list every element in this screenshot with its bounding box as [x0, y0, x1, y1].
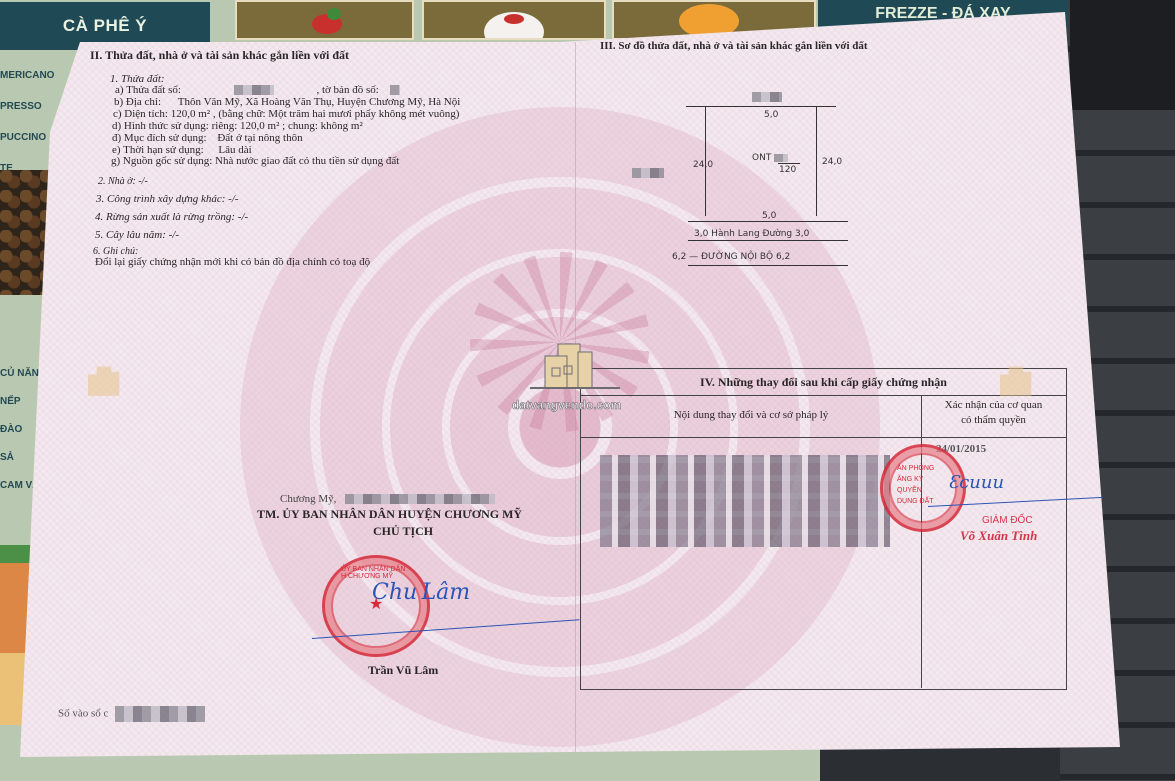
perennial-trees-item: 5. Cây lâu năm: -/-	[95, 229, 179, 241]
col-confirmation-line2: có thẩm quyền	[921, 414, 1066, 426]
note-text: Đổi lại giấy chứng nhận mới khi có bản đ…	[95, 256, 370, 268]
origin-label: g) Nguồn gốc sử dụng:	[111, 155, 212, 167]
address-line: b) Địa chỉ: Thôn Văn Mỹ, Xã Hoàng Văn Th…	[114, 96, 460, 108]
plot-top-dimension: 5,0	[764, 110, 778, 120]
parcel-number-label: a) Thửa đất số:	[115, 84, 181, 96]
menu-item: MERICANO	[0, 60, 60, 91]
purpose-label: đ) Mục đích sử dụng:	[112, 132, 207, 144]
plot-left-dimension: 24,0	[693, 160, 713, 170]
other-construction-item: 3. Công trình xây dựng khác: -/-	[96, 193, 239, 205]
area-line: c) Diện tích: 120,0 m² , (bằng chữ: Một …	[113, 108, 459, 120]
road-line	[688, 265, 848, 266]
plot-area: 120	[779, 165, 796, 175]
plot-bottom-border	[688, 221, 848, 222]
origin-value: Nhà nước giao đất có thu tiền sử dụng đấ…	[215, 155, 399, 167]
area-label: c) Diện tích:	[113, 108, 168, 120]
place-label: Chương Mỹ,	[280, 493, 336, 505]
redacted-change-content	[600, 455, 890, 547]
stamp-line: DỤNG ĐẤT	[897, 498, 934, 505]
map-sheet-label: , tờ bản đồ số:	[316, 84, 378, 96]
usage-form-value: riêng: 120,0 m² ; chung: không m²	[212, 120, 363, 132]
fraction-line	[778, 163, 800, 164]
section-2-title: II. Thửa đất, nhà ở và tài sản khác gắn …	[90, 48, 349, 63]
redacted-value	[390, 85, 400, 95]
land-code-text: ONT	[752, 153, 771, 163]
usage-form-line: d) Hình thức sử dụng: riêng: 120,0 m² ; …	[112, 120, 363, 132]
director-signature: Ɛcuuu	[948, 472, 1004, 493]
serial-line: Số vào sổ c	[58, 706, 205, 722]
origin-line: g) Nguồn gốc sử dụng: Nhà nước giao đất …	[111, 155, 399, 167]
stamp-line: QUYỀN	[897, 487, 922, 494]
issuer-title: TM. ỦY BAN NHÂN DÂN HUYỆN CHƯƠNG MỸ	[257, 507, 522, 522]
redacted-serial	[115, 706, 205, 722]
director-name: Võ Xuân Tình	[960, 528, 1037, 544]
director-title: GIÁM ĐỐC	[982, 515, 1033, 526]
building-logo-icon	[530, 338, 600, 388]
internal-road-label: 6,2 — ĐƯỜNG NỘI BỘ 6,2	[672, 252, 790, 262]
issuer-role: CHỦ TỊCH	[373, 524, 433, 539]
usage-form-label: d) Hình thức sử dụng:	[112, 120, 209, 132]
chairman-signature: Chu Lâm	[372, 580, 470, 605]
plot-right-dimension: 24,0	[822, 157, 842, 167]
stamp-line: ĂN PHÒNG	[897, 465, 934, 472]
building-logo-icon	[78, 360, 148, 410]
address-value: Thôn Văn Mỹ, Xã Hoàng Văn Thụ, Huyện Chư…	[178, 96, 460, 108]
address-label: b) Địa chỉ:	[114, 96, 161, 108]
place-date: Chương Mỹ,	[280, 493, 495, 505]
section-3-title: III. Sơ đồ thửa đất, nhà ở và tài sản kh…	[600, 40, 868, 52]
dark-background	[1070, 0, 1175, 110]
forest-item: 4. Rừng sản xuất là rừng trồng: -/-	[95, 211, 248, 223]
purpose-value: Đất ở tại nông thôn	[217, 132, 302, 144]
menu-food-photo	[235, 0, 414, 40]
area-value: 120,0 m² , (bằng chữ: Một trăm hai mươi …	[171, 108, 460, 120]
corridor-line	[688, 240, 848, 241]
redacted-neighbor-id	[632, 168, 664, 178]
land-code: ONT	[752, 153, 788, 163]
redacted-plot-no	[774, 154, 788, 162]
column-divider	[921, 395, 922, 688]
serial-label: Số vào sổ c	[58, 708, 108, 720]
purpose-line: đ) Mục đích sử dụng: Đất ở tại nông thôn	[112, 132, 303, 144]
building-logo-icon	[990, 360, 1060, 410]
plot-bottom-dimension: 5,0	[762, 211, 776, 221]
corridor-label: 3,0 Hành Lang Đường 3,0	[694, 229, 809, 239]
watermark-text: datvangvendo.com	[512, 398, 621, 412]
signer-name: Trần Vũ Lâm	[368, 663, 438, 678]
redacted-date	[345, 494, 495, 504]
menu-drink-photo	[422, 0, 606, 40]
redacted-value	[234, 85, 274, 95]
seal-text: ỦY BAN NHÂN DÂN H.CHƯƠNG MỸ	[341, 566, 427, 580]
stamp-line: ĂNG KÝ	[897, 476, 923, 483]
col-change-content: Nội dung thay đổi và cơ sở pháp lý	[581, 409, 921, 421]
parcel-number-line: a) Thửa đất số: , tờ bản đồ số:	[115, 84, 400, 96]
house-item: 2. Nhà ở: -/-	[98, 176, 148, 187]
official-seal-stamp: ỦY BAN NHÂN DÂN H.CHƯƠNG MỸ ★	[322, 555, 430, 657]
menu-item: PRESSO	[0, 91, 60, 122]
redacted-parcel-id	[752, 92, 782, 102]
